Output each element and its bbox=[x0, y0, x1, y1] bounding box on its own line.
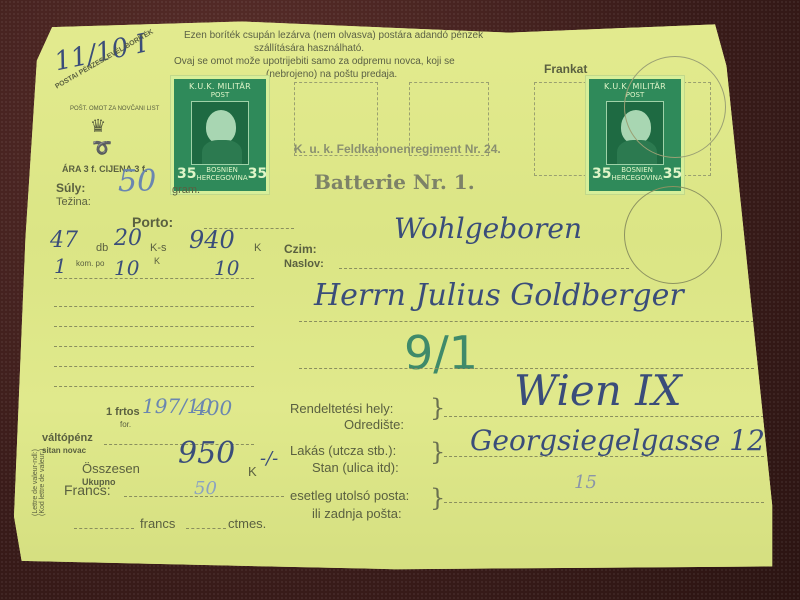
frtos-label: 1 frtos bbox=[106, 406, 140, 418]
last-post-label-sub: ili zadnja pošta: bbox=[312, 506, 402, 521]
porto-row1-currency: K bbox=[254, 242, 261, 254]
stamp-value: 35 bbox=[177, 166, 196, 182]
porto-row2-total: 10 bbox=[214, 256, 239, 280]
imprint-inner-text: POŠT. OMOT ZA NOVČANI LIST bbox=[70, 106, 159, 112]
crown-icon: ♛ bbox=[90, 116, 106, 137]
dotted-line bbox=[54, 386, 254, 387]
total-currency: K bbox=[248, 464, 257, 479]
porto-row1-unit2: K-s bbox=[150, 242, 167, 254]
dotted-line bbox=[54, 306, 254, 307]
dotted-line bbox=[186, 528, 226, 529]
address-label: Czim: bbox=[284, 242, 317, 256]
last-post-line bbox=[444, 502, 764, 503]
envelope: Ezen boríték csupán lezárva (nem olvasva… bbox=[14, 16, 776, 572]
brace: } bbox=[430, 394, 445, 422]
empty-postmark-circle bbox=[624, 186, 722, 284]
header-instruction-hu-1: Ezen boríték csupán lezárva (nem olvasva… bbox=[184, 29, 483, 42]
destination-label-sub: Odredište: bbox=[344, 417, 404, 432]
address-line bbox=[299, 321, 754, 322]
unit-stamp: K. u. k. Feldkanonenregiment Nr. 24. bbox=[294, 142, 501, 156]
dotted-line bbox=[54, 346, 254, 347]
brace: } bbox=[430, 484, 445, 512]
dotted-line bbox=[124, 496, 284, 497]
francs-word: francs bbox=[140, 516, 175, 531]
dotted-line bbox=[54, 366, 254, 367]
destination-line bbox=[444, 416, 764, 417]
header-instruction-hu-2: szállítására használható. bbox=[254, 42, 364, 55]
francs-label: Francs: bbox=[64, 482, 111, 498]
franking-label: Frankat bbox=[544, 62, 587, 76]
destination-value: Wien IX bbox=[514, 366, 682, 415]
dotted-line bbox=[74, 528, 134, 529]
frtos-total: 400 bbox=[194, 396, 232, 420]
stamp-top-text: K.U.K. MILITÄR bbox=[189, 82, 251, 91]
postage-stamp-left: K.U.K. MILITÄR POST 35 BOSNIEN HERCEGOVI… bbox=[171, 76, 269, 194]
dotted-line bbox=[54, 278, 254, 279]
porto-row2-unit2: K bbox=[154, 256, 160, 266]
valtopenz-label-sub: sitan novac bbox=[42, 446, 86, 455]
stamp-country: BOSNIEN HERCEGOVINA bbox=[611, 166, 662, 182]
address-line1: Wohlgeboren bbox=[394, 212, 582, 245]
address-line bbox=[339, 268, 629, 269]
total-value: 950 bbox=[178, 436, 235, 471]
destination-label: Rendeltetési hely: bbox=[290, 401, 393, 416]
porto-row2-count: 1 bbox=[54, 254, 67, 278]
stamp-value: 35 bbox=[248, 166, 267, 182]
last-post-label: esetleg utolsó posta: bbox=[290, 488, 409, 503]
weight-value: 50 bbox=[118, 164, 156, 199]
porto-row1-count: 47 bbox=[50, 228, 78, 253]
weight-unit: gram. bbox=[172, 184, 200, 196]
dotted-line bbox=[54, 326, 254, 327]
residence-value: Georgsiegelgasse 12. bbox=[470, 424, 774, 457]
handwritten-date: 11/10 I bbox=[52, 29, 150, 78]
residence-label: Lakás (utcza stb.): bbox=[290, 443, 396, 458]
ctmes-word: ctmes. bbox=[228, 516, 266, 531]
cancellation-mark bbox=[624, 56, 726, 158]
stamp-value: 35 bbox=[592, 166, 611, 182]
address-label-sub: Naslov: bbox=[284, 258, 324, 270]
header-instruction-hr-1: Ovaj se omot može upotrijebiti samo za o… bbox=[174, 55, 455, 68]
green-mark: 9/1 bbox=[404, 326, 478, 380]
porto-row1-rate: 20 bbox=[114, 226, 142, 251]
posthorn-icon: ➰ bbox=[92, 138, 112, 158]
weight-label: Súly: bbox=[56, 181, 85, 195]
valtopenz-label: váltópénz bbox=[42, 432, 93, 444]
weight-label-sub: Težina: bbox=[56, 196, 91, 208]
total-label: Összesen bbox=[82, 461, 140, 476]
residence-label-sub: Stan (ulica itd): bbox=[312, 460, 399, 475]
brace: } bbox=[430, 438, 445, 466]
porto-row2-rate: 10 bbox=[114, 256, 139, 280]
stamp-post-text: POST bbox=[211, 91, 229, 99]
address-line2: Herrn Julius Goldberger bbox=[314, 278, 684, 313]
stamp-value: 35 bbox=[663, 166, 682, 182]
porto-row1-unit: db bbox=[96, 242, 108, 254]
stamp-country: BOSNIEN HERCEGOVINA bbox=[196, 166, 247, 182]
header-instruction-hr-2: (nebrojeno) na poštu predaja. bbox=[266, 68, 397, 81]
pencil-mark: 15 bbox=[574, 472, 597, 493]
porto-row2-unit: kom. po bbox=[76, 259, 104, 268]
portrait-icon bbox=[191, 101, 249, 165]
total-fill: -/- bbox=[260, 448, 278, 469]
frtos-label-sub: for. bbox=[120, 420, 131, 429]
porto-row1-total: 940 bbox=[189, 226, 235, 254]
battery-stamp: Batterie Nr. 1. bbox=[314, 170, 475, 194]
side-note: (Lettre de valeur-ndl:) (Kod lettre de v… bbox=[32, 436, 46, 516]
